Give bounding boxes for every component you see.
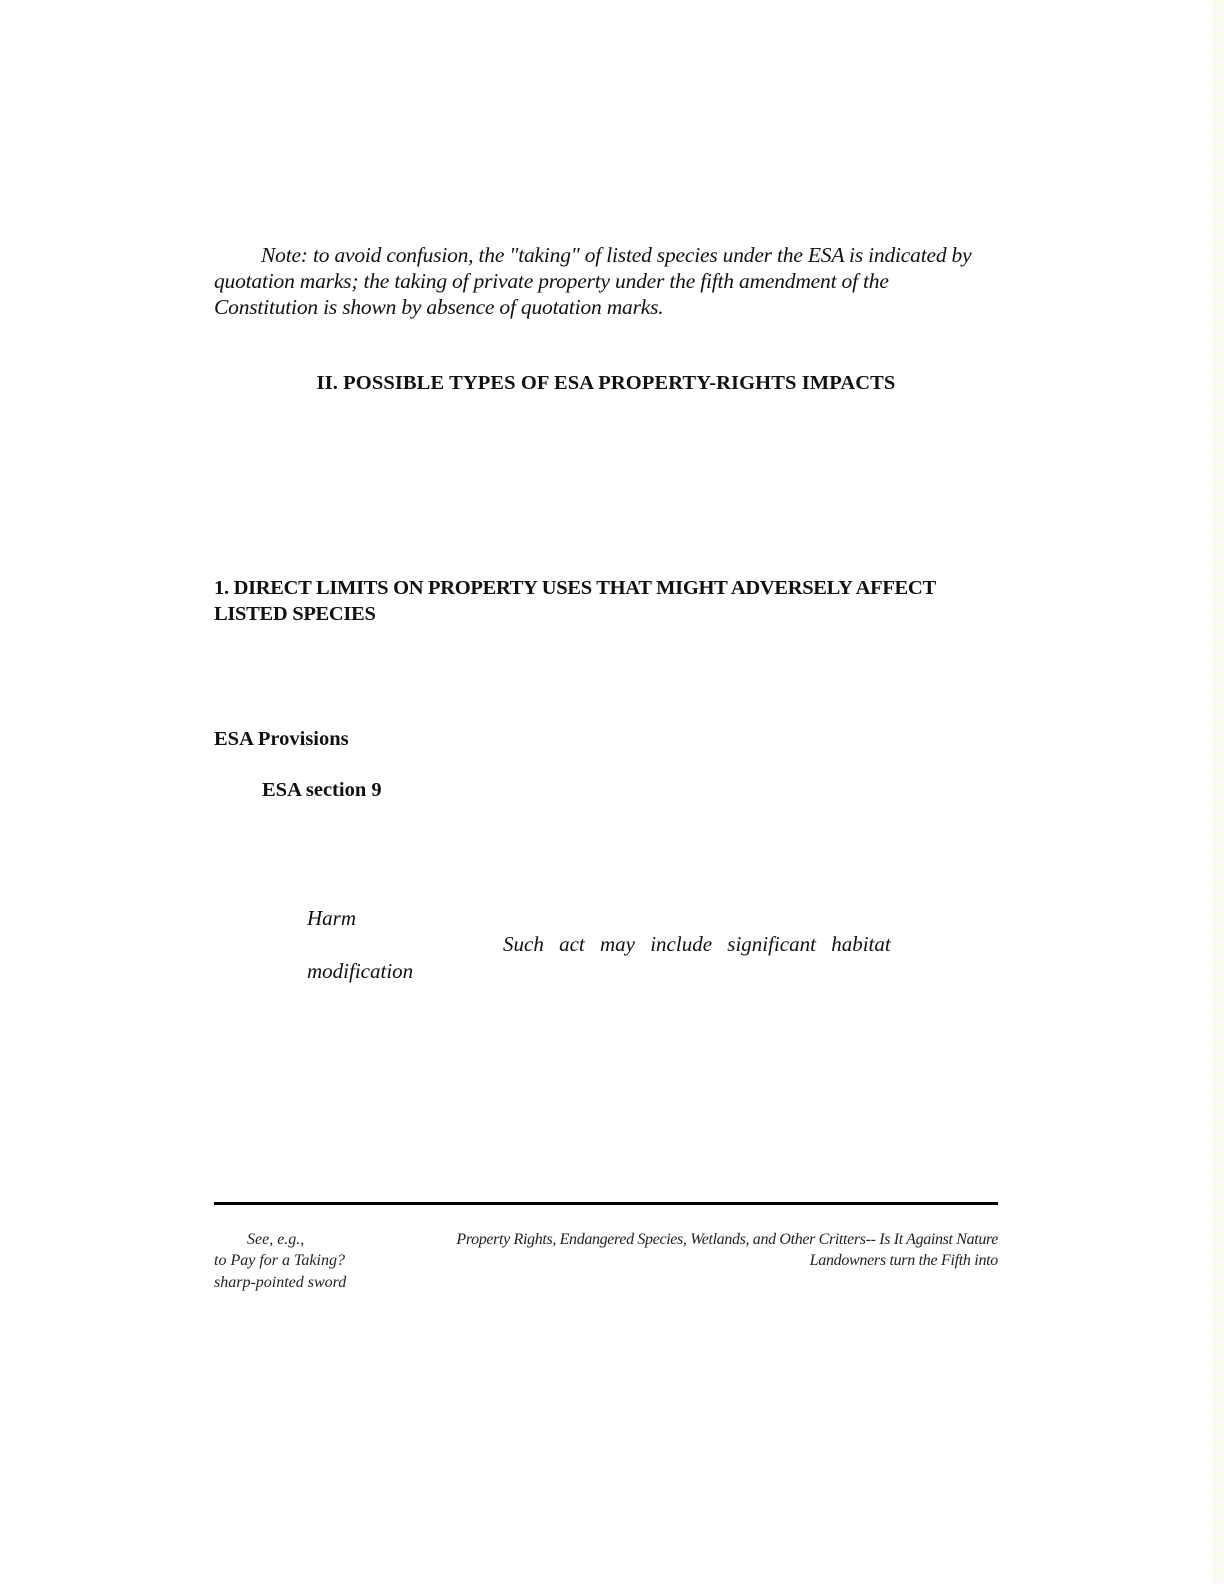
modification-term: modification (307, 959, 413, 984)
note-line-2: quotation marks; the taking of private p… (214, 269, 889, 293)
harm-definition-text: Such act may include significant habitat (503, 932, 891, 957)
section-heading-line-1: 1. DIRECT LIMITS ON PROPERTY USES THAT M… (214, 577, 936, 599)
note-paragraph: Note: to avoid confusion, the "taking" o… (214, 242, 1004, 320)
harm-term: Harm (307, 906, 356, 931)
note-line-1: Note: to avoid confusion, the "taking" o… (261, 243, 971, 267)
part-heading: II. POSSIBLE TYPES OF ESA PROPERTY-RIGHT… (214, 372, 998, 395)
footnote-line2-right: Landowners turn the Fifth into (600, 1251, 998, 1271)
note-line-3: Constitution is shown by absence of quot… (214, 295, 663, 319)
footnote-see: See, e.g., (247, 1230, 304, 1250)
section9-heading: ESA section 9 (262, 779, 382, 802)
footnote-title: Property Rights, Endangered Species, Wet… (372, 1230, 998, 1250)
footnote-line2-left: to Pay for a Taking? (214, 1251, 345, 1271)
provisions-heading: ESA Provisions (214, 728, 349, 751)
page-edge (1212, 0, 1224, 1584)
section-heading: 1. DIRECT LIMITS ON PROPERTY USES THAT M… (214, 575, 1004, 627)
section-heading-line-2: LISTED SPECIES (214, 603, 376, 625)
footnote-line3: sharp-pointed sword (214, 1273, 346, 1293)
footnote-separator (214, 1202, 998, 1205)
